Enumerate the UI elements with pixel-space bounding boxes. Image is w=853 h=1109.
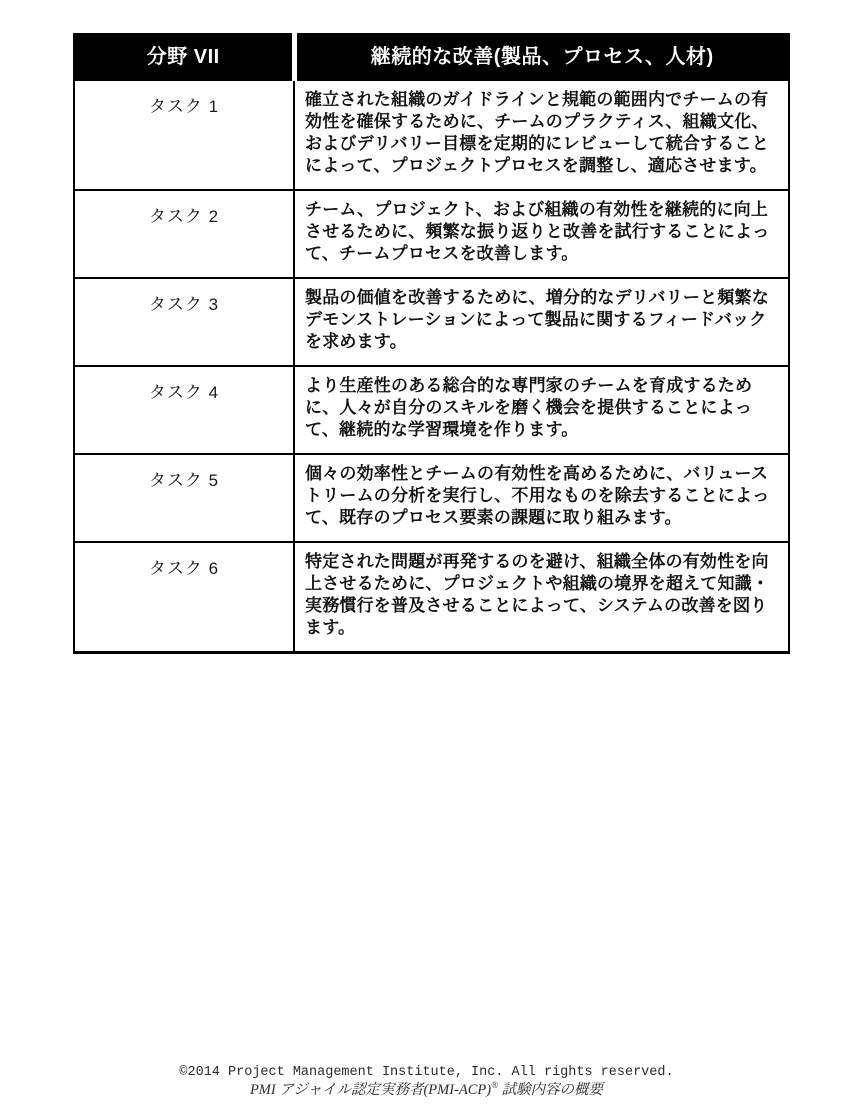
task-description: 製品の価値を改善するために、増分的なデリバリーと頻繁なデモンストレーションによっ… [294, 278, 789, 366]
table-header-row: 分野 VII 継続的な改善(製品、プロセス、人材) [74, 34, 789, 80]
task-label: タスク 1 [74, 80, 294, 190]
task-description: 特定された問題が再発するのを避け、組織全体の有効性を向上させるために、プロジェク… [294, 542, 789, 653]
table-row: タスク 3 製品の価値を改善するために、増分的なデリバリーと頻繁なデモンストレー… [74, 278, 789, 366]
copyright-line: ©2014 Project Management Institute, Inc.… [0, 1064, 853, 1081]
task-label: タスク 2 [74, 190, 294, 278]
table-row: タスク 4 より生産性のある総合的な専門家のチームを育成するために、人々が自分の… [74, 366, 789, 454]
task-label: タスク 4 [74, 366, 294, 454]
page-footer: ©2014 Project Management Institute, Inc.… [0, 1064, 853, 1099]
registered-trademark-symbol: ® [491, 1080, 498, 1090]
task-description: より生産性のある総合的な専門家のチームを育成するために、人々が自分のスキルを磨く… [294, 366, 789, 454]
task-label: タスク 6 [74, 542, 294, 653]
task-description: 確立された組織のガイドラインと規範の範囲内でチームの有効性を確保するために、チー… [294, 80, 789, 190]
task-label: タスク 3 [74, 278, 294, 366]
document-title-line: PMI アジャイル認定実務者(PMI-ACP)® 試験内容の概要 [0, 1081, 853, 1099]
table-row: タスク 2 チーム、プロジェクト、および組織の有効性を継続的に向上させるために、… [74, 190, 789, 278]
domain-vii-task-table: 分野 VII 継続的な改善(製品、プロセス、人材) タスク 1 確立された組織の… [73, 33, 790, 654]
task-label: タスク 5 [74, 454, 294, 542]
document-page: 分野 VII 継続的な改善(製品、プロセス、人材) タスク 1 確立された組織の… [0, 0, 853, 1109]
doc-title-suffix: 試験内容の概要 [498, 1082, 603, 1098]
table-row: タスク 5 個々の効率性とチームの有効性を高めるために、バリューストリームの分析… [74, 454, 789, 542]
task-description: 個々の効率性とチームの有効性を高めるために、バリューストリームの分析を実行し、不… [294, 454, 789, 542]
domain-header-cell: 分野 VII [74, 34, 294, 80]
domain-title-cell: 継続的な改善(製品、プロセス、人材) [294, 34, 789, 80]
doc-title-prefix: PMI アジャイル認定実務者(PMI-ACP) [250, 1082, 491, 1098]
task-description: チーム、プロジェクト、および組織の有効性を継続的に向上させるために、頻繁な振り返… [294, 190, 789, 278]
table-row: タスク 6 特定された問題が再発するのを避け、組織全体の有効性を向上させるために… [74, 542, 789, 653]
table-row: タスク 1 確立された組織のガイドラインと規範の範囲内でチームの有効性を確保する… [74, 80, 789, 190]
